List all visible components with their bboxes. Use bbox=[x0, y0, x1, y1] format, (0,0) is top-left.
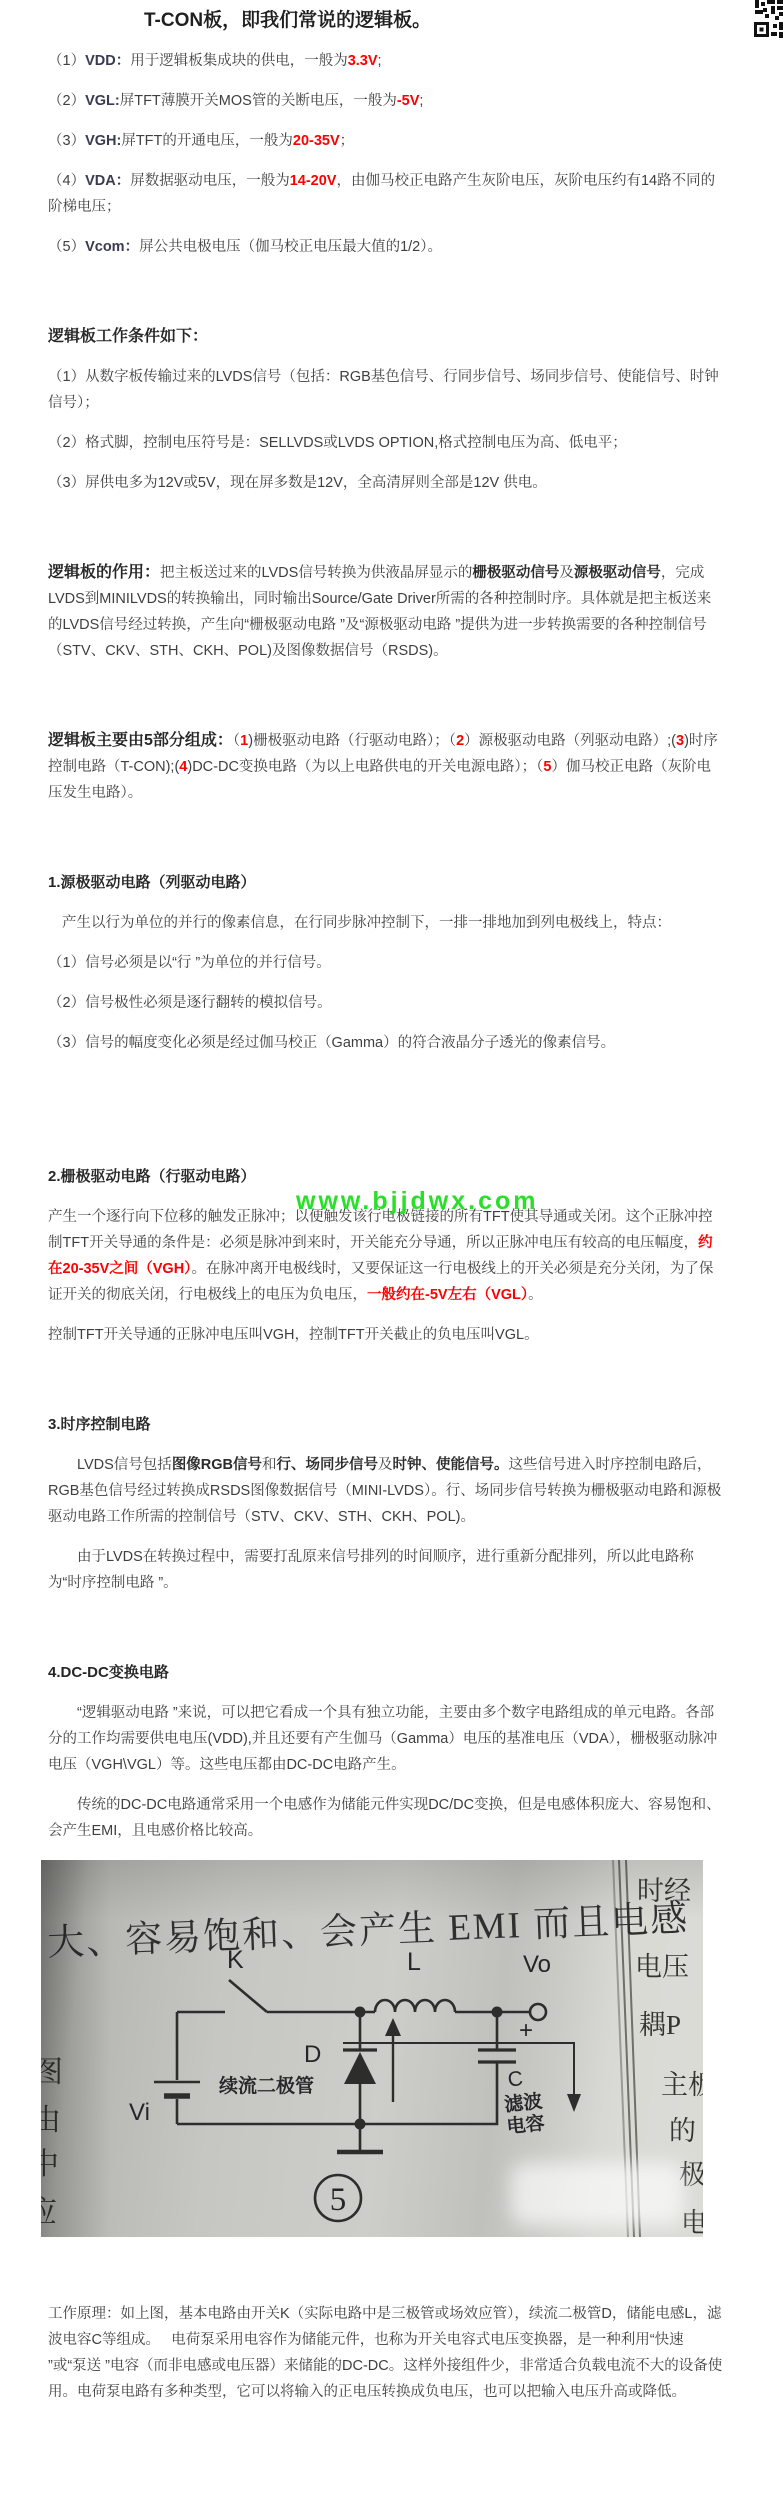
paragraph: （1）信号必须是以“行 ”为单位的并行信号。 bbox=[48, 950, 723, 976]
blur-spot bbox=[511, 2163, 683, 2225]
paragraph: 产生一个逐行向下位移的触发正脉冲；以便触发该行电极链接的所有TFT使其导通或关闭… bbox=[48, 1204, 723, 1308]
paragraph: （2）格式脚，控制电压符号是：SELLVDS或LVDS OPTION,格式控制电… bbox=[48, 430, 723, 456]
junction-dot bbox=[355, 2007, 366, 2018]
paragraph: 逻辑板的作用：把主板送过来的LVDS信号转换为供液晶屏显示的栅极驱动信号及源极驱… bbox=[48, 560, 723, 664]
text-run: 1.源极驱动电路（列驱动电路） bbox=[48, 874, 256, 891]
paragraph: （3）信号的幅度变化必须是经过伽马校正（Gamma）的符合液晶分子透光的像素信号… bbox=[48, 1030, 723, 1056]
text-run: （4） bbox=[48, 173, 85, 189]
text-run: ）源极驱动电路（列驱动电路）;( bbox=[464, 733, 676, 749]
text-run: 14-20V bbox=[290, 173, 337, 189]
text-run: 和 bbox=[262, 1457, 277, 1473]
paragraph: （4）VDA：屏数据驱动电压，一般为14-20V，由伽马校正电路产生灰阶电压，灰… bbox=[48, 168, 723, 220]
right-col-word: 耦P bbox=[639, 2010, 681, 2040]
right-col-word: 电压 bbox=[635, 1952, 689, 1982]
text-run: （3） bbox=[48, 133, 85, 149]
text-run: 源极驱动信号 bbox=[574, 565, 661, 581]
text-run: （2）格式脚，控制电压符号是：SELLVDS或LVDS OPTION,格式控制电… bbox=[48, 435, 627, 451]
document-body: T-CON板，即我们常说的逻辑板。（1）VDD：用于逻辑板集成块的供电，一般为3… bbox=[48, 8, 723, 1844]
inductor-label: L bbox=[407, 1948, 421, 1976]
text-run: VGL: bbox=[85, 93, 120, 109]
text-run: 5 bbox=[543, 759, 551, 775]
text-run: “逻辑驱动电路 ”来说，可以把它看成一个具有独立功能，主要由多个数字电路组成的单… bbox=[48, 1705, 717, 1773]
text-run: 屏数据驱动电压，一般为 bbox=[130, 173, 290, 189]
text-run: 20-35V bbox=[293, 133, 340, 149]
vignette-top bbox=[41, 1860, 703, 1920]
text-run: 用于逻辑板集成块的供电，一般为 bbox=[130, 53, 348, 69]
switch-label: K bbox=[227, 1946, 244, 1974]
text-run: 3.时序控制电路 bbox=[48, 1416, 151, 1433]
text-run: 及 bbox=[378, 1457, 393, 1473]
text-run: ; bbox=[419, 93, 423, 109]
text-run: ; bbox=[378, 53, 382, 69]
paragraph: （3）VGH:屏TFT的开通电压，一般为20-35V； bbox=[48, 128, 723, 154]
text-run: 时钟、使能信号。 bbox=[393, 1457, 509, 1473]
text-run: LVDS信号包括 bbox=[77, 1457, 172, 1473]
text-run: VDD： bbox=[85, 53, 130, 69]
text-run: 工作原理：如上图，基本电路由开关K（实际电路中是三极管或场效应管），续流二极管D… bbox=[48, 2306, 722, 2400]
text-run: 由于LVDS在转换过程中，需要打乱原来信号排列的时间顺序，进行重新分配排列，所以… bbox=[48, 1549, 694, 1591]
paragraph: 产生以行为单位的并行的像素信息，在行同步脉冲控制下，一排一排地加到列电极线上，特… bbox=[48, 910, 723, 936]
section-heading: 4.DC-DC变换电路 bbox=[48, 1660, 723, 1686]
right-col-word: 的 bbox=[669, 2116, 696, 2146]
vin-label: Vi bbox=[129, 2099, 150, 2126]
text-run: （3）屏供电多为12V或5V，现在屏多数是12V，全高清屏则全部是12V 供电。 bbox=[48, 475, 547, 491]
text-run: （1）从数字板传输过来的LVDS信号（包括：RGB基色信号、行同步信号、场同步信… bbox=[48, 369, 719, 411]
text-run: 4.DC-DC变换电路 bbox=[48, 1664, 169, 1681]
text-run: 3 bbox=[676, 733, 684, 749]
text-run: 逻辑板的作用： bbox=[48, 564, 160, 581]
text-run: 逻辑板主要由5部分组成： bbox=[48, 732, 233, 749]
text-run: （1） bbox=[48, 53, 85, 69]
section-heading: 3.时序控制电路 bbox=[48, 1412, 723, 1438]
down-arrow-icon bbox=[567, 2094, 581, 2112]
text-run: 2.栅极驱动电路（行驱动电路） bbox=[48, 1168, 256, 1185]
paragraph: （1）VDD：用于逻辑板集成块的供电，一般为3.3V; bbox=[48, 48, 723, 74]
text-run: （2） bbox=[48, 93, 85, 109]
paragraph: LVDS信号包括图像RGB信号和行、场同步信号及时钟、使能信号。这些信号进入时序… bbox=[48, 1452, 723, 1530]
up-arrow-icon bbox=[385, 2018, 401, 2036]
circuit-photo: 大、容易饱和、会产生 EMI 而且电感 bbox=[41, 1860, 703, 2237]
text-run: 屏TFT的开通电压，一般为 bbox=[121, 133, 293, 149]
document-body-after: 工作原理：如上图，基本电路由开关K（实际电路中是三极管或场效应管），续流二极管D… bbox=[48, 2301, 723, 2405]
text-run: Vcom： bbox=[85, 239, 139, 255]
paragraph: （5）Vcom：屏公共电极电压（伽马校正电压最大值的1/2）。 bbox=[48, 234, 723, 260]
diode-symbol bbox=[344, 2052, 376, 2084]
site-watermark: www.bjjdwx.com bbox=[296, 1188, 539, 1214]
text-run: ； bbox=[340, 133, 355, 149]
text-run: 栅极驱动信号 bbox=[472, 565, 559, 581]
paragraph: （2）信号极性必须是逐行翻转的模拟信号。 bbox=[48, 990, 723, 1016]
circuit-diagram: 大、容易饱和、会产生 EMI 而且电感 bbox=[41, 1860, 703, 2237]
text-run: T-CON板，即我们常说的逻辑板。 bbox=[144, 10, 431, 31]
text-run: 一般约在-5V左右（VGL） bbox=[367, 1287, 528, 1303]
text-run: 屏TFT薄膜开关MOS管的关断电压，一般为 bbox=[120, 93, 397, 109]
junction-dot bbox=[492, 2007, 503, 2018]
paragraph: 控制TFT开关导通的正脉冲电压叫VGH，控制TFT开关截止的负电压叫VGL。 bbox=[48, 1322, 723, 1348]
diode-label: D bbox=[304, 2041, 321, 2068]
paragraph: 工作原理：如上图，基本电路由开关K（实际电路中是三极管或场效应管），续流二极管D… bbox=[48, 2301, 723, 2405]
text-run: （5） bbox=[48, 239, 85, 255]
right-col-word: 电 bbox=[681, 2208, 703, 2237]
qr-code-icon bbox=[753, 0, 783, 38]
figure-number: 5 bbox=[330, 2182, 347, 2218]
text-run: 屏公共电极电压（伽马校正电压最大值的1/2）。 bbox=[139, 239, 442, 255]
cap-label-line1: 滤波 bbox=[503, 2089, 543, 2116]
text-run: 2 bbox=[456, 733, 464, 749]
text-run: 图像RGB信号 bbox=[172, 1457, 262, 1473]
paragraph: （2）VGL:屏TFT薄膜开关MOS管的关断电压，一般为-5V; bbox=[48, 88, 723, 114]
text-run: 把主板送过来的LVDS信号转换为供液晶屏显示的 bbox=[160, 565, 472, 581]
section-heading: 逻辑板工作条件如下： bbox=[48, 324, 723, 350]
text-run: 行、场同步信号 bbox=[277, 1457, 379, 1473]
text-run: （1）信号必须是以“行 ”为单位的并行信号。 bbox=[48, 955, 331, 971]
text-run: 产生一个逐行向下位移的触发正脉冲；以便触发该行电极链接的所有TFT使其导通或关闭… bbox=[48, 1209, 713, 1251]
cap-plus-label: + bbox=[519, 2017, 533, 2044]
text-run: -5V bbox=[397, 93, 420, 109]
paragraph: 由于LVDS在转换过程中，需要打乱原来信号排列的时间顺序，进行重新分配排列，所以… bbox=[48, 1544, 723, 1596]
vout-label: Vo bbox=[523, 1951, 551, 1978]
junction-dot bbox=[355, 2119, 366, 2130]
freewheel-diode-label: 续流二极管 bbox=[219, 2074, 314, 2097]
text-run: 及 bbox=[559, 565, 574, 581]
paragraph: 传统的DC-DC电路通常采用一个电感作为储能元件实现DC/DC变换，但是电感体积… bbox=[48, 1792, 723, 1844]
text-run: )栅极驱动电路（行驱动电路）；（ bbox=[248, 733, 456, 749]
cap-c-label: C bbox=[507, 2067, 524, 2091]
text-run: 控制TFT开关导通的正脉冲电压叫VGH，控制TFT开关截止的负电压叫VGL。 bbox=[48, 1327, 539, 1343]
text-run: 传统的DC-DC电路通常采用一个电感作为储能元件实现DC/DC变换，但是电感体积… bbox=[48, 1797, 721, 1839]
text-run: 。 bbox=[528, 1287, 543, 1303]
paragraph: 逻辑板主要由5部分组成：（1)栅极驱动电路（行驱动电路）；（2）源极驱动电路（列… bbox=[48, 728, 723, 806]
paragraph: （3）屏供电多为12V或5V，现在屏多数是12V，全高清屏则全部是12V 供电。 bbox=[48, 470, 723, 496]
paragraph: “逻辑驱动电路 ”来说，可以把它看成一个具有独立功能，主要由多个数字电路组成的单… bbox=[48, 1700, 723, 1778]
text-run: 逻辑板工作条件如下： bbox=[48, 328, 208, 345]
document-page: T-CON板，即我们常说的逻辑板。（1）VDD：用于逻辑板集成块的供电，一般为3… bbox=[0, 0, 783, 2513]
text-run: VDA： bbox=[85, 173, 130, 189]
text-run: VGH: bbox=[85, 133, 121, 149]
text-run: 3.3V bbox=[348, 53, 378, 69]
page-title: T-CON板，即我们常说的逻辑板。 bbox=[48, 8, 723, 34]
right-col-word: 主板 bbox=[661, 2070, 703, 2100]
text-run: )DC-DC变换电路（为以上电路供电的开关电源电路）；（ bbox=[187, 759, 543, 775]
text-run: （3）信号的幅度变化必须是经过伽马校正（Gamma）的符合液晶分子透光的像素信号… bbox=[48, 1035, 615, 1051]
text-run: （2）信号极性必须是逐行翻转的模拟信号。 bbox=[48, 995, 332, 1011]
text-run: 产生以行为单位的并行的像素信息，在行同步脉冲控制下，一排一排地加到列电极线上，特… bbox=[62, 915, 671, 931]
paragraph: （1）从数字板传输过来的LVDS信号（包括：RGB基色信号、行同步信号、场同步信… bbox=[48, 364, 723, 416]
section-heading: 1.源极驱动电路（列驱动电路） bbox=[48, 870, 723, 896]
